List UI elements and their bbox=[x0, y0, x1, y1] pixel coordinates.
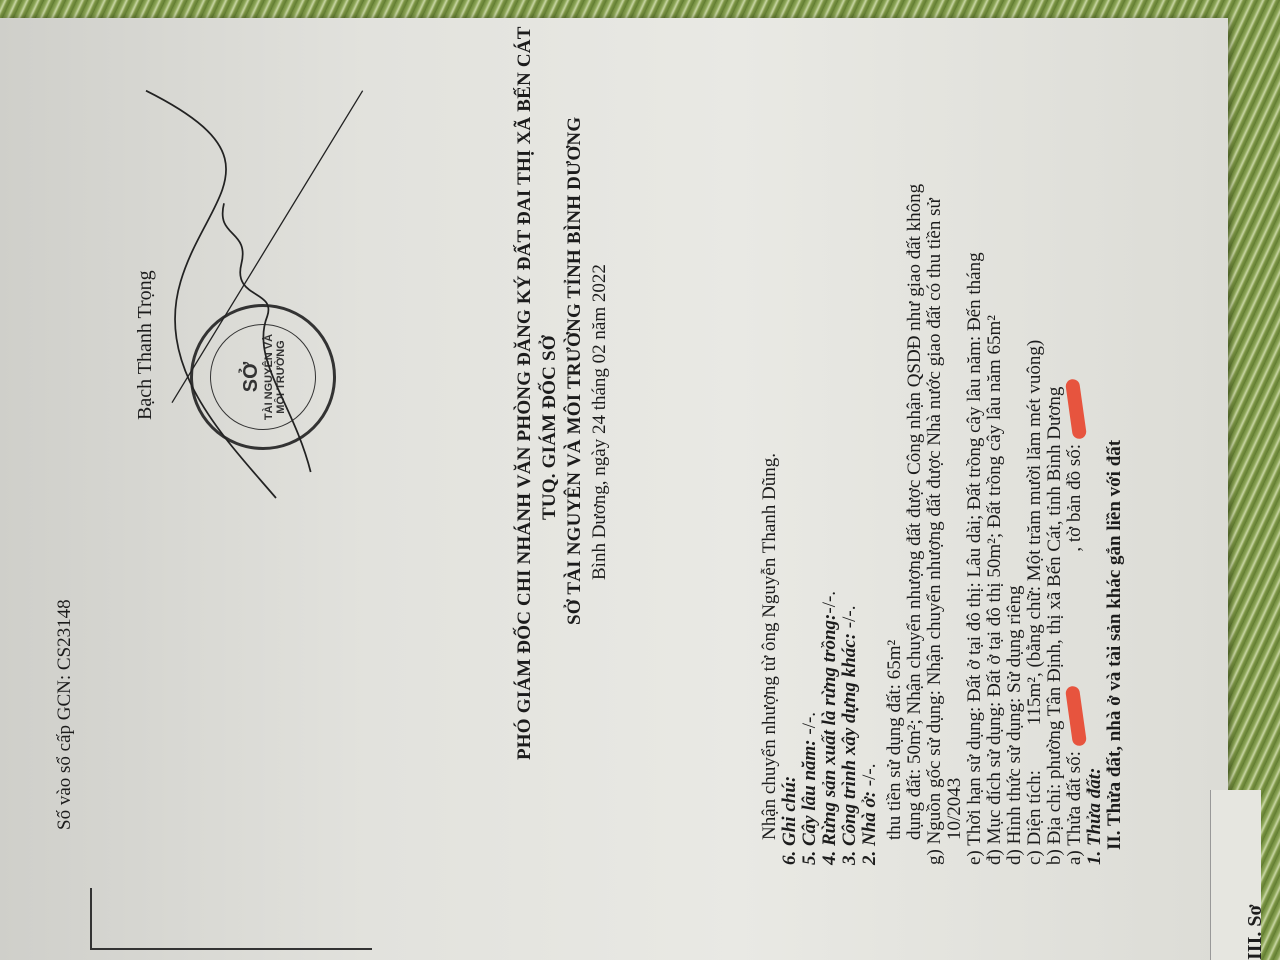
item-house: 2. Nhà ở: -/-. bbox=[860, 764, 879, 866]
land-parcel-line: a) Thửa đất số: , tờ bản đồ số: bbox=[1065, 379, 1084, 865]
table-border bbox=[90, 888, 92, 950]
issuing-org: SỞ TÀI NGUYÊN VÀ MÔI TRƯỜNG TỈNH BÌNH DƯ… bbox=[565, 117, 584, 625]
redaction-mark bbox=[1065, 686, 1087, 747]
item-planted-forest: 4. Rừng sản xuất là rừng trồng:-/-. bbox=[820, 591, 839, 865]
area-value: 115m², (bằng chữ: Một trăm mười lăm mét … bbox=[1024, 340, 1045, 726]
section-title: II. Thửa đất, nhà ở và tài sản khác gắn … bbox=[1105, 440, 1124, 850]
registration-office: PHÓ GIÁM ĐỐC CHI NHÁNH VĂN PHÒNG ĐĂNG KÝ… bbox=[515, 26, 534, 760]
parcel-number-label: a) Thửa đất số: bbox=[1064, 751, 1085, 865]
land-address: b) Địa chỉ: phường Tân Định, thị xã Bến … bbox=[1045, 387, 1064, 865]
table-border bbox=[90, 948, 372, 950]
item-perennial-trees: 5. Cây lâu năm: -/-. bbox=[800, 712, 819, 865]
land-heading: 1. Thửa đất: bbox=[1085, 768, 1104, 865]
land-origin-cont-2: thu tiền sử dụng đất: 65m² bbox=[885, 640, 904, 840]
land-usage-form: d) Hình thức sử dụng: Sử dụng riêng bbox=[1005, 586, 1024, 865]
land-usage-purpose: đ) Mục đích sử dụng: Đất ở tại đô thị 50… bbox=[985, 315, 1004, 865]
registry-number: Số vào sổ cấp GCN: CS23148 bbox=[55, 599, 74, 830]
land-usage-term: e) Thời hạn sử dụng: Đất ở tại đô thị: L… bbox=[965, 252, 984, 865]
date-line: Bình Dương, ngày 24 tháng 02 năm 2022 bbox=[590, 264, 609, 580]
land-area: c) Diện tích: 115m², (bằng chữ: Một trăm… bbox=[1025, 340, 1044, 865]
signer-role: TUQ. GIÁM ĐỐC SỞ bbox=[540, 335, 559, 520]
transfer-note: Nhận chuyển nhượng từ ông Nguyễn Thanh D… bbox=[760, 453, 779, 840]
handwritten-signature bbox=[120, 40, 380, 540]
land-usage-term-cont: 10/2043 bbox=[945, 778, 964, 840]
land-origin: g) Nguồn gốc sử dụng: Nhận chuyển nhượng… bbox=[925, 198, 944, 865]
redaction-mark bbox=[1065, 378, 1087, 439]
area-label: c) Diện tích: bbox=[1024, 770, 1045, 865]
item-notes: 6. Ghi chú: bbox=[780, 776, 799, 865]
signer-name: Bạch Thanh Trọng bbox=[135, 270, 155, 420]
next-page-heading: III. Sơ bbox=[1245, 904, 1265, 960]
rotated-document-content: II. Thửa đất, nhà ở và tài sản khác gắn … bbox=[0, 0, 1280, 960]
map-sheet-label: , tờ bản đồ số: bbox=[1064, 444, 1085, 552]
item-other-construction: 3. Công trình xây dựng khác: -/-. bbox=[840, 606, 859, 865]
land-origin-cont-1: dụng đất: 50m²; Nhận chuyển nhượng đất đ… bbox=[905, 184, 924, 840]
